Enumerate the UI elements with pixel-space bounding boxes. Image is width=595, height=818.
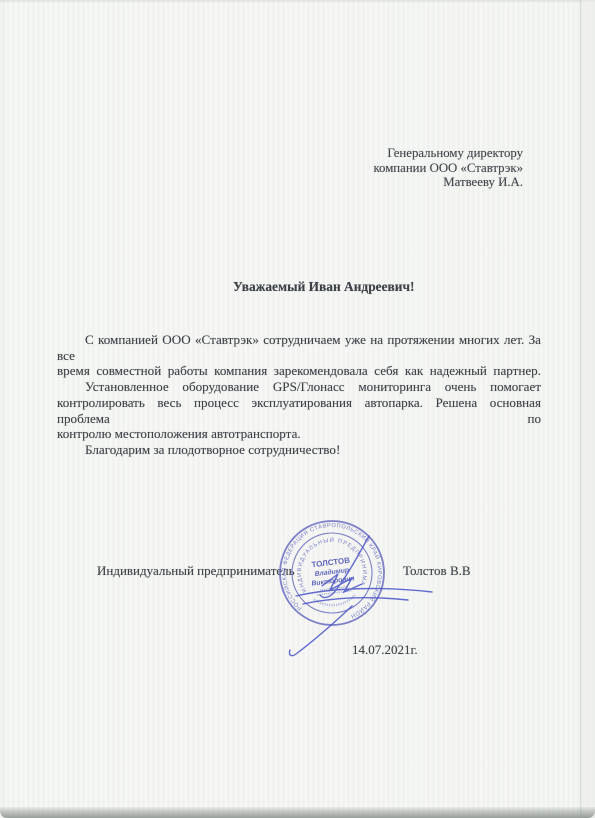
body-line: Благодарим за плодотворное сотрудничеств… [57,442,541,458]
body-line: Установленное оборудование GPS/Глонасс м… [57,379,541,395]
page-right-margin [582,0,595,818]
salutation: Уважаемый Иван Андреевич! [233,279,415,295]
letter-body: С компанией ООО «Ставтрэк» сотрудничаем … [57,332,541,458]
body-line: С компанией ООО «Ставтрэк» сотрудничаем … [57,332,541,363]
stamp-and-signature: РОССИЙСКАЯ ФЕДЕРАЦИЯ СТАВРОПОЛЬСКИЙ КРАЙ… [250,495,445,670]
recipient-line-2: компании ООО «Ставтрэк» [373,161,523,176]
stamp-inner-ring-text-holder: ИНДИВИДУАЛЬНЫЙ ПРЕДПРИНИМАТЕЛЬ [250,495,369,600]
scanner-bottom-strip [0,807,595,818]
signature-scrawl [289,536,432,656]
round-seal-stamp: РОССИЙСКАЯ ФЕДЕРАЦИЯ СТАВРОПОЛЬСКИЙ КРАЙ… [250,495,445,670]
scanned-letter-page: Генеральному директору компании ООО «Ста… [0,0,595,818]
recipient-block: Генеральному директору компании ООО «Ста… [373,146,523,190]
recipient-line-3: Матвееву И.А. [373,175,523,190]
stamp-inner-ring-text: ИНДИВИДУАЛЬНЫЙ ПРЕДПРИНИМАТЕЛЬ [250,495,369,600]
body-line: время совместной работы компания зареком… [57,363,541,379]
body-line: контролировать весь процесс эксплуатиров… [57,395,541,426]
body-line: контролю местоположения автотранспорта. [57,426,541,442]
recipient-line-1: Генеральному директору [373,146,523,161]
